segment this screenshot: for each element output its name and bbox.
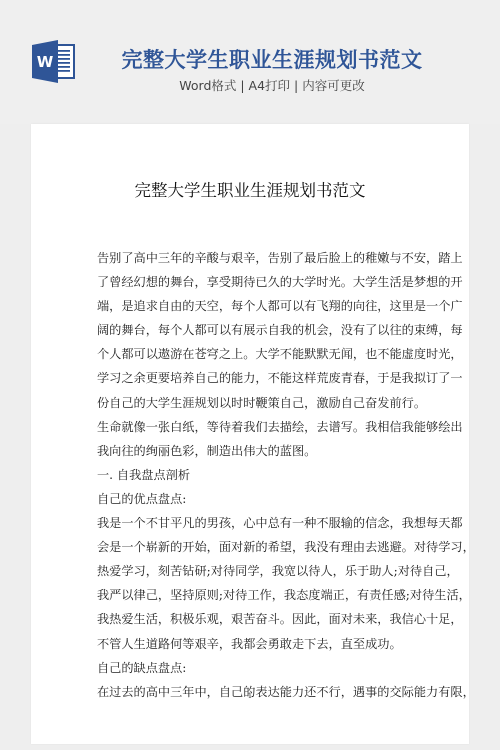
svg-text:W: W xyxy=(37,53,54,71)
document-body: 告别了高中三年的辛酸与艰辛，告别了最后脸上的稚嫩与不安，踏上 了曾经幻想的舞台，… xyxy=(97,246,417,704)
word-document-icon: W xyxy=(31,40,77,83)
section-heading: 一. 自我盘点剖析 xyxy=(97,463,417,487)
banner-title: 完整大学生职业生涯规划书范文 xyxy=(100,44,444,74)
subsection-heading: 自己的缺点盘点: xyxy=(97,656,417,680)
body-line: 了曾经幻想的舞台，享受期待已久的大学时光。大学生活是梦想的开 xyxy=(97,270,417,294)
body-line: 我热爱生活，积极乐观，艰苦奋斗。因此，面对未来，我信心十足， xyxy=(97,607,417,631)
body-line: 我严以律己，坚持原则;对待工作，我态度端正，有责任感;对待生活， xyxy=(97,583,417,607)
body-line: 端，是追求自由的天空，每个人都可以有飞翔的向往，这里是一个广 xyxy=(97,294,417,318)
body-line: 生命就像一张白纸，等待着我们去描绘，去谱写。我相信我能够绘出 xyxy=(97,415,417,439)
banner-subtitle: Word格式 | A4打印 | 内容可更改 xyxy=(100,76,444,94)
body-line: 会是一个崭新的开始，面对新的希望，我没有理由去逃避。对待学习， xyxy=(97,535,417,559)
body-line: 热爱学习，刻苦钻研;对待同学，我宽以待人，乐于助人;对待自己， xyxy=(97,559,417,583)
header-banner: W 完整大学生职业生涯规划书范文 Word格式 | A4打印 | 内容可更改 xyxy=(0,0,500,124)
body-line: 我向往的绚丽色彩，制造出伟大的蓝图。 xyxy=(97,439,417,463)
body-line: 阔的舞台，每个人都可以有展示自我的机会，没有了以往的束缚，每 xyxy=(97,318,417,342)
document-page: 完整大学生职业生涯规划书范文 告别了高中三年的辛酸与艰辛，告别了最后脸上的稚嫩与… xyxy=(31,124,469,744)
body-line: 份自己的大学生涯规划以时时鞭策自己，激励自己奋发前行。 xyxy=(97,391,417,415)
page-number: 1 xyxy=(31,692,469,700)
document-title: 完整大学生职业生涯规划书范文 xyxy=(31,177,469,201)
subsection-heading: 自己的优点盘点: xyxy=(97,487,417,511)
body-line: 学习之余更要培养自己的能力，不能这样荒废青春，于是我拟订了一 xyxy=(97,366,417,390)
body-line: 我是一个不甘平凡的男孩，心中总有一种不服输的信念，我想每天都 xyxy=(97,511,417,535)
body-line: 告别了高中三年的辛酸与艰辛，告别了最后脸上的稚嫩与不安，踏上 xyxy=(97,246,417,270)
body-line: 不管人生道路何等艰辛，我都会勇敢走下去，直至成功。 xyxy=(97,632,417,656)
body-line: 个人都可以遨游在苍穹之上。大学不能默默无闻，也不能虚度时光， xyxy=(97,342,417,366)
